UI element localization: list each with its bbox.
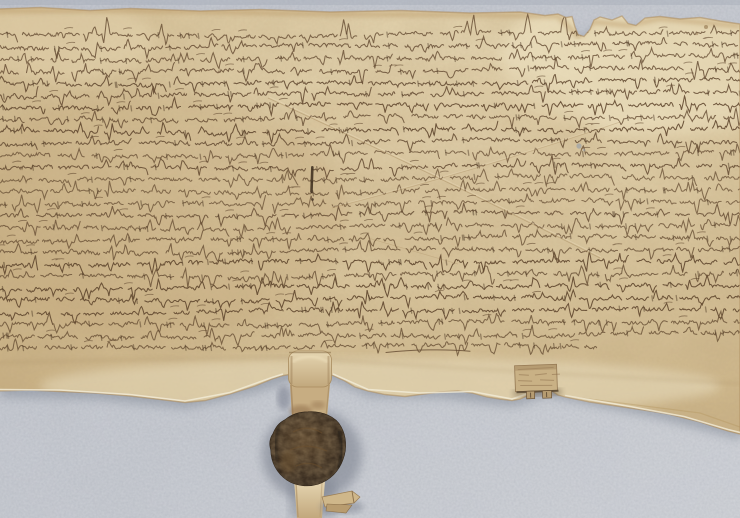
parchment-sheet — [0, 0, 740, 440]
tag-side-shadow — [277, 386, 291, 410]
photo-stage: Photograph of a medieval parchment chart… — [0, 0, 740, 518]
backdrop-top-shade — [0, 0, 740, 5]
seal-tag-loop — [286, 351, 334, 387]
dark-patch-center — [275, 60, 605, 260]
parchment-slip — [513, 364, 562, 399]
